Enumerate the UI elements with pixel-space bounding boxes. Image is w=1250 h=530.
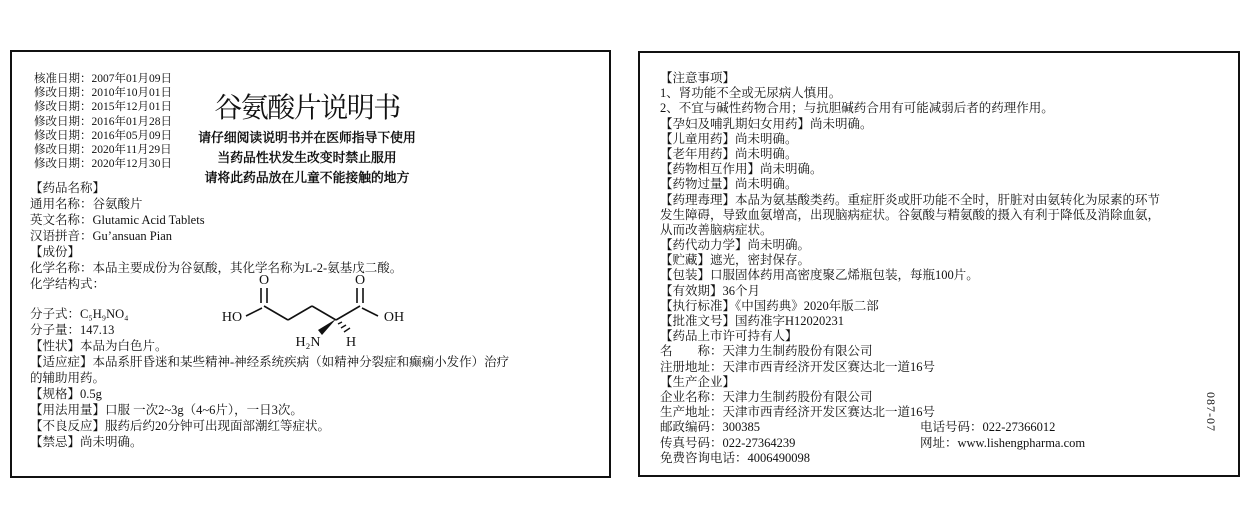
text-line: 英文名称：Glutamic Acid Tablets (30, 212, 603, 228)
hydrogen-label: H (346, 335, 356, 350)
text-line: 【生产企业】 (660, 375, 1212, 390)
text-line: 发生障碍，导致血氨增高，出现脑病症状。谷氨酸与精氨酸的摄入有利于降低及消除血氨， (660, 208, 1212, 223)
text-line: 汉语拼音：Gu’ansuan Pian (30, 228, 603, 244)
leaflet-left-panel: 核准日期：2007年01月09日修改日期：2010年10月01日修改日期：201… (10, 50, 611, 478)
text-line: 【老年用药】尚未明确。 (660, 147, 1212, 162)
precautions-manufacturer-section: 【注意事项】1、肾功能不全或无尿病人慎用。2、不宜与碱性药物合用；与抗胆碱药合用… (660, 71, 1212, 420)
stereo-wedge-bond (318, 319, 336, 335)
text-line: 【药物相互作用】尚未明确。 (660, 162, 1212, 177)
text-line: 【孕妇及哺乳期妇女用药】尚未明确。 (660, 117, 1212, 132)
text-line: 【批准文号】国药准字H12020231 (660, 314, 1212, 329)
hydroxyl-right-label: OH (384, 310, 404, 325)
hydroxyl-left-label: HO (222, 310, 242, 325)
text-line: 【不良反应】服药后约20分钟可出现面部潮红等症状。 (30, 418, 603, 434)
text-line: 【药物过量】尚未明确。 (660, 177, 1212, 192)
text-line: 【药理毒理】本品为氨基酸类药。重症肝炎或肝功能不全时，肝脏对由氨转化为尿素的环节 (660, 193, 1212, 208)
text-line: 【用法用量】口服 一次2~3g（4~6片），一日3次。 (30, 402, 603, 418)
text-line: 通用名称：谷氨酸片 (30, 196, 603, 212)
text-line: 【注意事项】 (660, 71, 1212, 86)
right-panel-body: 【注意事项】1、肾功能不全或无尿病人慎用。2、不宜与碱性药物合用；与抗胆碱药合用… (660, 71, 1212, 466)
text-line: 企业名称：天津力生制药股份有限公司 (660, 390, 1212, 405)
text-line: 【贮藏】遮光，密封保存。 (660, 253, 1212, 268)
text-line: 【包装】口服固体药用高密度聚乙烯瓶包装，每瓶100片。 (660, 268, 1212, 283)
stereo-hash-bond (338, 322, 350, 332)
side-batch-code: 087-07 (1204, 377, 1218, 447)
warning-line: 请仔细阅读说明书并在医师指导下使用 (117, 128, 497, 148)
text-line: 生产地址：天津市西青经济开发区赛达北一道16号 (660, 405, 1212, 420)
text-line: 【药品上市许可持有人】 (660, 329, 1212, 344)
oxygen-right-label: O (355, 273, 365, 288)
contact-left-value: 免费咨询电话：4006490098 (660, 451, 810, 465)
contact-right-value: 电话号码：022-27366012 (920, 420, 1055, 435)
text-line: 【有效期】36个月 (660, 284, 1212, 299)
amine-label: H₂N (295, 335, 320, 350)
text-line: 的辅助用药。 (30, 370, 603, 386)
date-line: 核准日期：2007年01月09日 (34, 72, 172, 86)
oxygen-left-label: O (259, 273, 269, 288)
text-line: 【适应症】本品系肝昏迷和某些精神-神经系统疾病（如精神分裂症和癫痫小发作）治疗 (30, 354, 603, 370)
text-line: 【药品名称】 (30, 180, 603, 196)
contact-row: 免费咨询电话：4006490098 (660, 451, 1212, 466)
text-line: 2、不宜与碱性药物合用；与抗胆碱药合用有可能减弱后者的药理作用。 (660, 101, 1212, 116)
text-line: 【药代动力学】尚未明确。 (660, 238, 1212, 253)
text-line: 【成份】 (30, 244, 603, 260)
text-line: 注册地址：天津市西青经济开发区赛达北一道16号 (660, 360, 1212, 375)
text-line: 从而改善脑病症状。 (660, 223, 1212, 238)
contact-row: 邮政编码：300385电话号码：022-27366012 (660, 420, 1212, 435)
text-line: 【执行标准】《中国药典》2020年版二部 (660, 299, 1212, 314)
text-line: 1、肾功能不全或无尿病人慎用。 (660, 86, 1212, 101)
text-line: 【规格】0.5g (30, 386, 603, 402)
warning-notice-block: 请仔细阅读说明书并在医师指导下使用当药品性状发生改变时禁止服用请将此药品放在儿童… (117, 128, 497, 188)
contact-info-rows: 邮政编码：300385电话号码：022-27366012传真号码：022-273… (660, 420, 1212, 466)
text-line: 【禁忌】尚未明确。 (30, 434, 603, 450)
contact-left-value: 传真号码：022-27364239 (660, 436, 795, 450)
text-line: 名 称：天津力生制药股份有限公司 (660, 344, 1212, 359)
contact-row: 传真号码：022-27364239网址：www.lishengpharma.co… (660, 436, 1212, 451)
glutamic-acid-structure-diagram: O O HO OH H₂N H (212, 268, 427, 350)
contact-right-value: 网址：www.lishengpharma.com (920, 436, 1085, 451)
warning-line: 当药品性状发生改变时禁止服用 (117, 148, 497, 168)
contact-left-value: 邮政编码：300385 (660, 420, 760, 434)
text-line: 【儿童用药】尚未明确。 (660, 132, 1212, 147)
leaflet-right-panel: 【注意事项】1、肾功能不全或无尿病人慎用。2、不宜与碱性药物合用；与抗胆碱药合用… (638, 51, 1240, 477)
page-title: 谷氨酸片说明书 (117, 86, 497, 126)
